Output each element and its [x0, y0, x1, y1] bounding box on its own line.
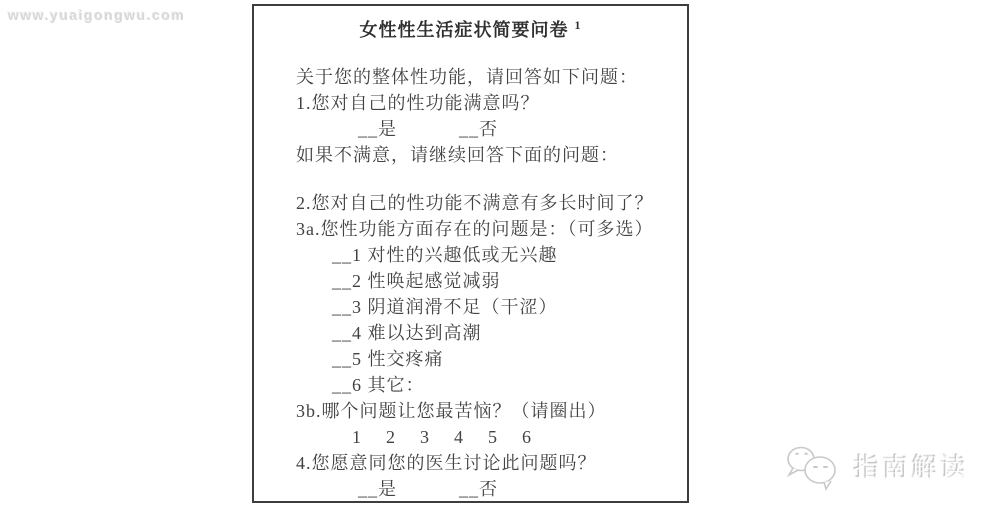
conditional-note: 如果不满意，请继续回答下面的问题： [296, 146, 677, 164]
circle-number-5: 5 [488, 428, 498, 446]
question-1: 1.您对自己的性功能满意吗？ [296, 94, 677, 112]
checklist-option-1: __1 对性的兴趣低或无兴趣 [296, 246, 677, 264]
circle-number-1: 1 [352, 428, 362, 446]
no-blank: __否 [459, 120, 498, 138]
question-4: 4.您愿意同您的医生讨论此问题吗？ [296, 454, 677, 472]
checklist-option-4: __4 难以达到高潮 [296, 324, 677, 342]
circle-number-6: 6 [522, 428, 532, 446]
title-footnote-marker: 1 [575, 18, 582, 32]
question-3b: 3b.哪个问题让您最苦恼？（请圈出） [296, 402, 677, 420]
doc-body: 关于您的整体性功能，请回答如下问题： 1.您对自己的性功能满意吗？ __是 __… [254, 42, 687, 498]
checklist-option-2: __2 性唤起感觉减弱 [296, 272, 677, 290]
circle-numbers-row: 1 2 3 4 5 6 [296, 428, 677, 446]
question-4-answers: __是 __否 [296, 480, 677, 498]
doc-title: 女性性生活症状简要问卷 1 [254, 16, 687, 42]
yes-blank: __是 [358, 480, 397, 498]
publisher-logo: 指南解读 [782, 438, 970, 494]
checklist-option-6: __6 其它： [296, 376, 677, 394]
circle-number-3: 3 [420, 428, 430, 446]
watermark-url: www.yuaigongwu.com [8, 7, 185, 23]
doc-title-text: 女性性生活症状简要问卷 [359, 20, 568, 40]
question-3a: 3a.您性功能方面存在的问题是：（可多选） [296, 220, 677, 238]
checklist-option-5: __5 性交疼痛 [296, 350, 677, 368]
intro-line: 关于您的整体性功能，请回答如下问题： [296, 68, 677, 86]
circle-number-2: 2 [386, 428, 396, 446]
checklist-option-3: __3 阴道润滑不足（干涩） [296, 298, 677, 316]
publisher-name: 指南解读 [854, 448, 970, 485]
wechat-chat-bubbles-icon [782, 438, 844, 494]
question-1-answers: __是 __否 [296, 120, 677, 138]
questionnaire-document: 女性性生活症状简要问卷 1 关于您的整体性功能，请回答如下问题： 1.您对自己的… [252, 4, 689, 503]
question-2: 2.您对自己的性功能不满意有多长时间了？ [296, 194, 677, 212]
no-blank: __否 [459, 480, 498, 498]
circle-number-4: 4 [454, 428, 464, 446]
yes-blank: __是 [358, 120, 397, 138]
